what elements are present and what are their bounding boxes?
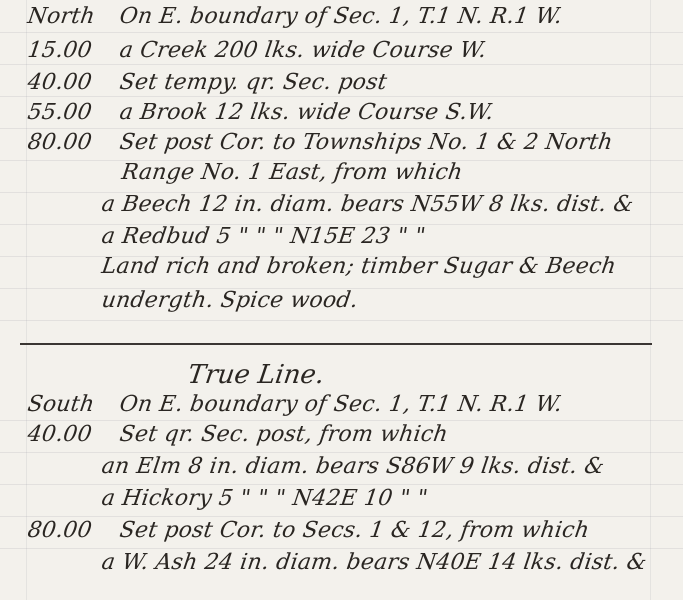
- station: 80.00: [26, 518, 122, 543]
- entry-text: Set qr. Sec. post, from which: [118, 422, 450, 447]
- ruled-line: [0, 64, 683, 65]
- ruled-line: [0, 320, 683, 321]
- margin-line: [650, 0, 651, 600]
- ruled-line: [0, 128, 683, 129]
- entry-text: an Elm 8 in. diam. bears S86W 9 lks. dis…: [100, 454, 606, 479]
- entry-line: SouthOn E. boundary of Sec. 1, T.1 N. R.…: [26, 392, 564, 417]
- entry-line: a Beech 12 in. diam. bears N55W 8 lks. d…: [100, 192, 635, 217]
- entry-line: 15.00a Creek 200 lks. wide Course W.: [26, 38, 488, 63]
- station: 15.00: [26, 38, 122, 63]
- entry-line: Land rich and broken; timber Sugar & Bee…: [100, 254, 618, 279]
- ruled-line: [0, 484, 683, 485]
- ruled-line: [0, 420, 683, 421]
- entry-line: 80.00Set post Cor. to Secs. 1 & 12, from…: [26, 518, 591, 543]
- entry-text: Set tempy. qr. Sec. post: [118, 70, 389, 95]
- entry-text: On E. boundary of Sec. 1, T.1 N. R.1 W.: [118, 4, 564, 29]
- entry-text: Land rich and broken; timber Sugar & Bee…: [100, 254, 618, 279]
- ruled-line: [0, 452, 683, 453]
- entry-line: 40.00Set qr. Sec. post, from which: [26, 422, 450, 447]
- entry-line: a Hickory 5 " " " N42E 10 " ": [100, 486, 429, 511]
- entry-text: a W. Ash 24 in. diam. bears N40E 14 lks.…: [100, 550, 648, 575]
- entry-text: undergth. Spice wood.: [100, 288, 360, 313]
- section-heading: True Line.: [186, 360, 326, 390]
- entry-text: Range No. 1 East, from which: [120, 160, 464, 185]
- ruled-line: [0, 548, 683, 549]
- ruled-line: [0, 96, 683, 97]
- entry-text: a Creek 200 lks. wide Course W.: [118, 38, 488, 63]
- entry-line: Range No. 1 East, from which: [120, 160, 464, 185]
- entry-text: a Brook 12 lks. wide Course S.W.: [118, 100, 495, 125]
- entry-line: 80.00Set post Cor. to Townships No. 1 & …: [26, 130, 614, 155]
- entry-text: Set post Cor. to Secs. 1 & 12, from whic…: [118, 518, 591, 543]
- station: North: [26, 4, 122, 29]
- entry-line: undergth. Spice wood.: [100, 288, 360, 313]
- entry-line: a W. Ash 24 in. diam. bears N40E 14 lks.…: [100, 550, 648, 575]
- station: 55.00: [26, 100, 122, 125]
- entry-text: a Redbud 5 " " " N15E 23 " ": [100, 224, 427, 249]
- entry-line: NorthOn E. boundary of Sec. 1, T.1 N. R.…: [26, 4, 564, 29]
- station: 80.00: [26, 130, 122, 155]
- entry-text: a Hickory 5 " " " N42E 10 " ": [100, 486, 429, 511]
- station: 40.00: [26, 422, 122, 447]
- station: South: [26, 392, 122, 417]
- station: 40.00: [26, 70, 122, 95]
- entry-text: Set post Cor. to Townships No. 1 & 2 Nor…: [118, 130, 614, 155]
- entry-line: 40.00Set tempy. qr. Sec. post: [26, 70, 389, 95]
- entry-line: a Redbud 5 " " " N15E 23 " ": [100, 224, 427, 249]
- entry-line: 55.00a Brook 12 lks. wide Course S.W.: [26, 100, 495, 125]
- entry-text: a Beech 12 in. diam. bears N55W 8 lks. d…: [100, 192, 635, 217]
- section-divider: [20, 343, 652, 345]
- ruled-line: [0, 32, 683, 33]
- entry-text: On E. boundary of Sec. 1, T.1 N. R.1 W.: [118, 392, 564, 417]
- entry-line: an Elm 8 in. diam. bears S86W 9 lks. dis…: [100, 454, 606, 479]
- ruled-line: [0, 516, 683, 517]
